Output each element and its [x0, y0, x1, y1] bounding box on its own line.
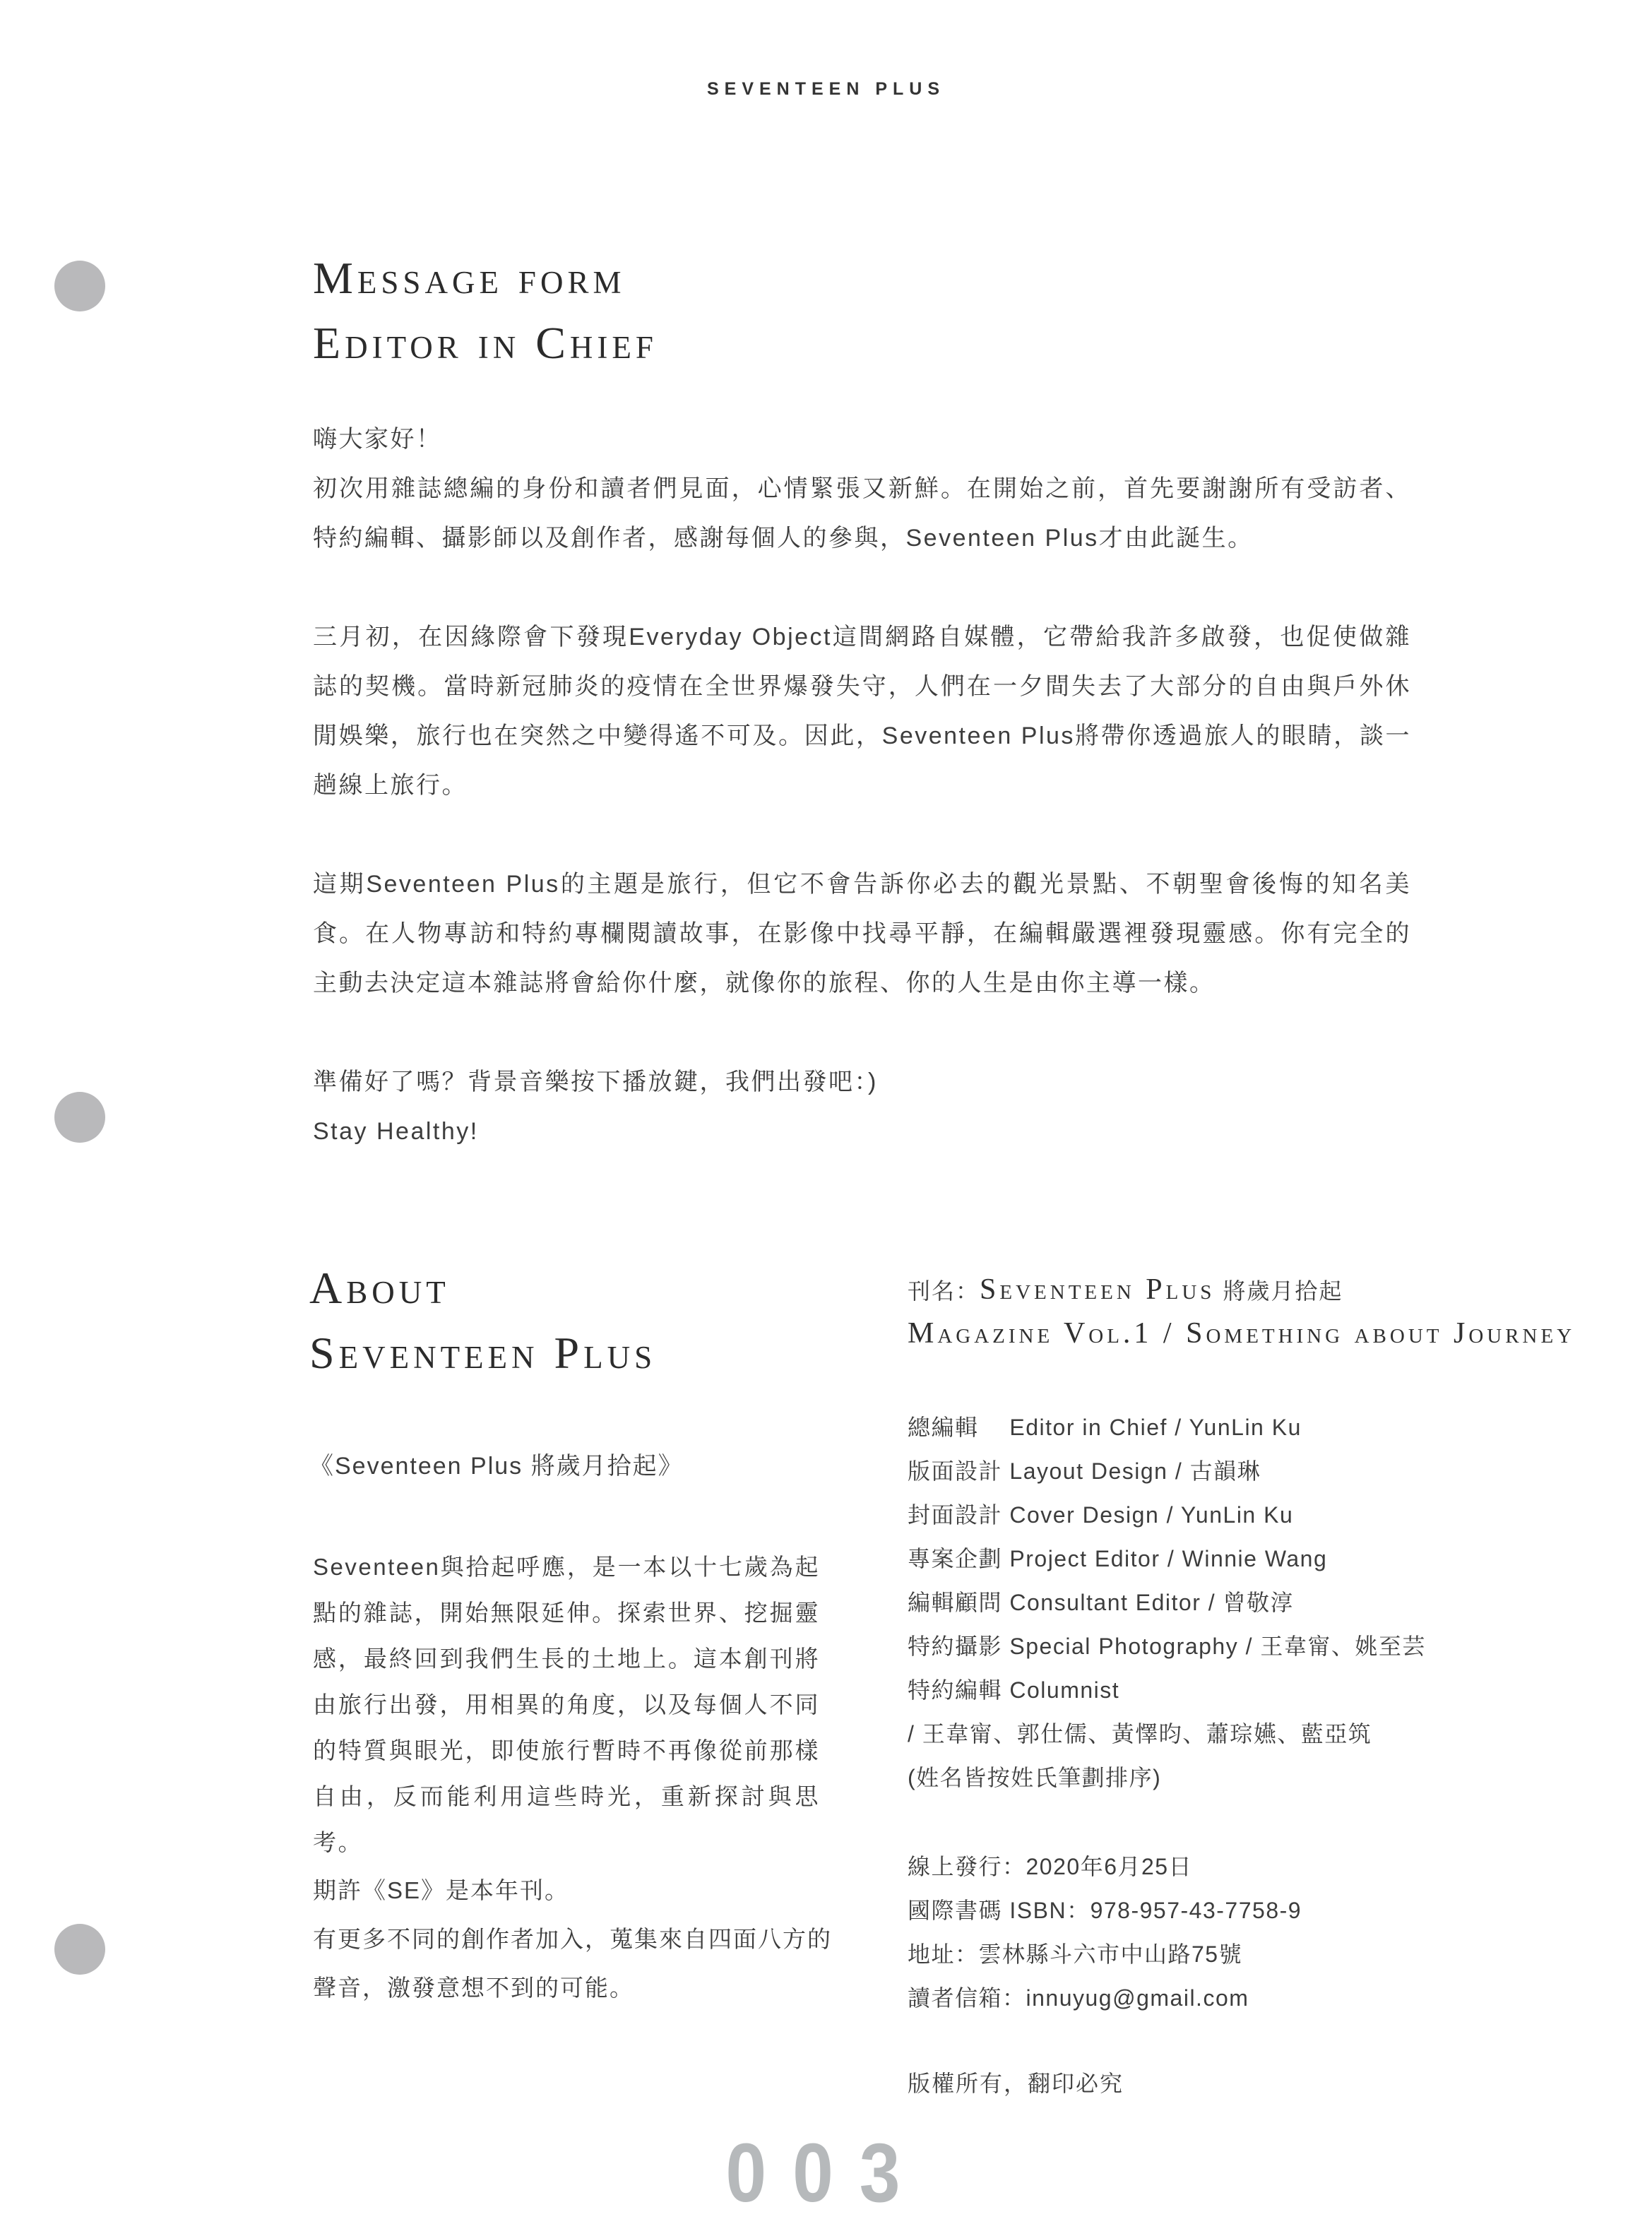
publication-isbn: 國際書碼 ISBN：978-957-43-7758-9: [908, 1889, 1543, 1932]
about-heading-line1: About: [309, 1256, 656, 1321]
magazine-masthead: SEVENTEEN PLUS: [0, 79, 1652, 100]
decor-circle-icon: [54, 261, 105, 311]
message-greeting: 嗨大家好！: [313, 415, 1411, 464]
credit-special-photography: 特約攝影 Special Photography / 王韋甯、姚至芸: [908, 1624, 1543, 1668]
colophon-title: 刊名：Seventeen Plus 將歲月拾起: [908, 1271, 1529, 1309]
about-heading-line2: Seventeen Plus: [309, 1321, 656, 1386]
editor-message-body: 嗨大家好！ 初次用雜誌總編的身份和讀者們見面，心情緊張又新鮮。在開始之前，首先要…: [313, 415, 1411, 1156]
publication-address: 地址：雲林縣斗六市中山路75號: [908, 1932, 1543, 1976]
credit-editor-in-chief: 總編輯 Editor in Chief / YunLin Ku: [908, 1405, 1543, 1449]
about-description: Seventeen與拾起呼應，是一本以十七歲為起點的雜誌，開始無限延伸。探索世界…: [313, 1544, 820, 1865]
message-heading-line2: Editor in Chief: [313, 311, 658, 376]
colophon-title-prefix: 刊名：: [908, 1278, 980, 1304]
message-paragraph-origin: 三月初，在因緣際會下發現Everyday Object這間網路自媒體，它帶給我許…: [313, 612, 1411, 810]
credit-sort-note: (姓名皆按姓氏筆劃排序): [908, 1756, 1543, 1800]
decor-circle-icon: [54, 1924, 105, 1975]
decor-circle-icon: [54, 1092, 105, 1143]
message-paragraph-ready: 準備好了嗎？背景音樂按下播放鍵，我們出發吧：): [313, 1057, 1411, 1107]
page-number: 003: [0, 2131, 1652, 2215]
publication-date: 線上發行：2020年6月25日: [908, 1845, 1543, 1889]
credit-columnist-label: 特約編輯 Columnist: [908, 1668, 1543, 1712]
credit-layout-design: 版面設計 Layout Design / 古韻琳: [908, 1449, 1543, 1493]
message-paragraph-theme: 這期Seventeen Plus的主題是旅行，但它不會告訴你必去的觀光景點、不朝…: [313, 860, 1411, 1008]
message-signoff: Stay Healthy!: [313, 1107, 1411, 1156]
credit-project-editor: 專案企劃 Project Editor / Winnie Wang: [908, 1537, 1543, 1581]
page-number-digits: 003: [725, 2131, 926, 2215]
credit-cover-design: 封面設計 Cover Design / YunLin Ku: [908, 1493, 1543, 1537]
credit-columnist-names: / 王韋甯、郭仕儒、黃懌昀、蕭琮嬿、藍亞筑: [908, 1712, 1543, 1756]
colophon-title-name-zh: 將歲月拾起: [1215, 1278, 1343, 1304]
message-heading-line1: Message form: [313, 246, 658, 311]
message-paragraph-intro: 初次用雜誌總編的身份和讀者們見面，心情緊張又新鮮。在開始之前，首先要謝謝所有受訪…: [313, 464, 1411, 563]
colophon-title-name-en: Seventeen Plus: [980, 1273, 1215, 1306]
publication-info: 線上發行：2020年6月25日 國際書碼 ISBN：978-957-43-775…: [908, 1845, 1543, 2020]
about-closing-line2: 有更多不同的創作者加入，蒐集來自四面八方的聲音，激發意想不到的可能。: [313, 1915, 836, 2012]
message-section-heading: Message form Editor in Chief: [313, 246, 658, 376]
publication-email: 讀者信箱：innuyug@gmail.com: [908, 1976, 1543, 2020]
copyright-notice: 版權所有，翻印必究: [908, 2066, 1543, 2098]
about-section-heading: About Seventeen Plus: [309, 1256, 656, 1386]
credits-list: 總編輯 Editor in Chief / YunLin Ku 版面設計 Lay…: [908, 1405, 1543, 1800]
magazine-page: SEVENTEEN PLUS Message form Editor in Ch…: [0, 0, 1652, 2236]
credit-consultant-editor: 編輯顧問 Consultant Editor / 曾敬淳: [908, 1581, 1543, 1624]
book-title: 《Seventeen Plus 將歲月拾起》: [309, 1446, 684, 1481]
about-closing: 期許《SE》是本年刊。 有更多不同的創作者加入，蒐集來自四面八方的聲音，激發意想…: [313, 1866, 836, 2012]
about-closing-line1: 期許《SE》是本年刊。: [313, 1866, 836, 1915]
colophon-subtitle: Magazine Vol.1 / Something about Journey: [908, 1315, 1586, 1352]
